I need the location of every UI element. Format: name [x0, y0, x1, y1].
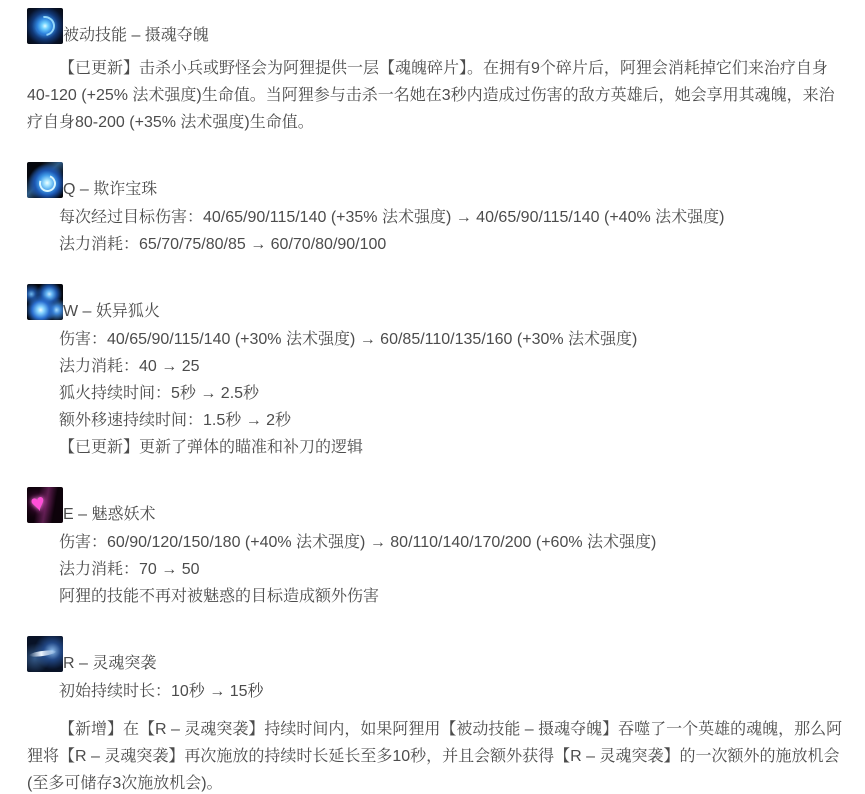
q-title: Q – 欺诈宝珠	[63, 180, 157, 199]
q-header: Q – 欺诈宝珠	[27, 162, 849, 198]
e-stats: 伤害：60/90/120/150/180 (+40% 法术强度) → 80/11…	[27, 529, 849, 610]
ahri-w-fox-fire-icon	[27, 284, 63, 320]
w-header: W – 妖异狐火	[27, 284, 849, 320]
r-new-paragraph: 【新增】在【R – 灵魂突袭】持续时间内，如果阿狸用【被动技能 – 摄魂夺魄】吞…	[27, 716, 849, 794]
e-stat-damage: 伤害：60/90/120/150/180 (+40% 法术强度) → 80/11…	[27, 529, 849, 556]
r-header: R – 灵魂突袭	[27, 636, 849, 672]
q-stat-damage: 每次经过目标伤害：40/65/90/115/140 (+35% 法术强度) → …	[27, 204, 849, 231]
ahri-passive-essence-theft-icon	[27, 8, 63, 44]
w-stat-foxfire-duration: 狐火持续时间：5秒 → 2.5秒	[27, 380, 849, 407]
q-stats: 每次经过目标伤害：40/65/90/115/140 (+35% 法术强度) → …	[27, 204, 849, 258]
passive-title: 被动技能 – 摄魂夺魄	[63, 26, 209, 45]
section-passive: 被动技能 – 摄魂夺魄 【已更新】击杀小兵或野怪会为阿狸提供一层【魂魄碎片】。在…	[27, 8, 849, 136]
section-e: E – 魅惑妖术 伤害：60/90/120/150/180 (+40% 法术强度…	[27, 487, 849, 610]
ahri-patch-notes-page: 被动技能 – 摄魂夺魄 【已更新】击杀小兵或野怪会为阿狸提供一层【魂魄碎片】。在…	[0, 0, 865, 794]
section-w: W – 妖异狐火 伤害：40/65/90/115/140 (+30% 法术强度)…	[27, 284, 849, 461]
r-stats: 初始持续时长：10秒 → 15秒	[27, 678, 849, 705]
ahri-e-charm-icon	[27, 487, 63, 523]
w-stat-mana-cost: 法力消耗：40 → 25	[27, 353, 849, 380]
section-r: R – 灵魂突袭 初始持续时长：10秒 → 15秒 【新增】在【R – 灵魂突袭…	[27, 636, 849, 794]
r-title: R – 灵魂突袭	[63, 654, 156, 673]
ahri-r-spirit-rush-icon	[27, 636, 63, 672]
w-stat-move-speed-duration: 额外移速持续时间：1.5秒 → 2秒	[27, 407, 849, 434]
q-stat-mana-cost: 法力消耗：65/70/75/80/85 → 60/70/80/90/100	[27, 231, 849, 258]
e-stat-charm-note: 阿狸的技能不再对被魅惑的目标造成额外伤害	[27, 583, 849, 610]
w-title: W – 妖异狐火	[63, 302, 160, 321]
w-stat-damage: 伤害：40/65/90/115/140 (+30% 法术强度) → 60/85/…	[27, 326, 849, 353]
e-title: E – 魅惑妖术	[63, 505, 155, 524]
r-stat-duration: 初始持续时长：10秒 → 15秒	[27, 678, 849, 705]
e-stat-mana-cost: 法力消耗：70 → 50	[27, 556, 849, 583]
w-stat-updated-note: 【已更新】更新了弹体的瞄准和补刀的逻辑	[27, 434, 849, 461]
e-header: E – 魅惑妖术	[27, 487, 849, 523]
passive-change-paragraph: 【已更新】击杀小兵或野怪会为阿狸提供一层【魂魄碎片】。在拥有9个碎片后，阿狸会消…	[27, 55, 849, 136]
ahri-q-orb-of-deception-icon	[27, 162, 63, 198]
passive-header: 被动技能 – 摄魂夺魄	[27, 8, 849, 44]
section-q: Q – 欺诈宝珠 每次经过目标伤害：40/65/90/115/140 (+35%…	[27, 162, 849, 258]
w-stats: 伤害：40/65/90/115/140 (+30% 法术强度) → 60/85/…	[27, 326, 849, 461]
